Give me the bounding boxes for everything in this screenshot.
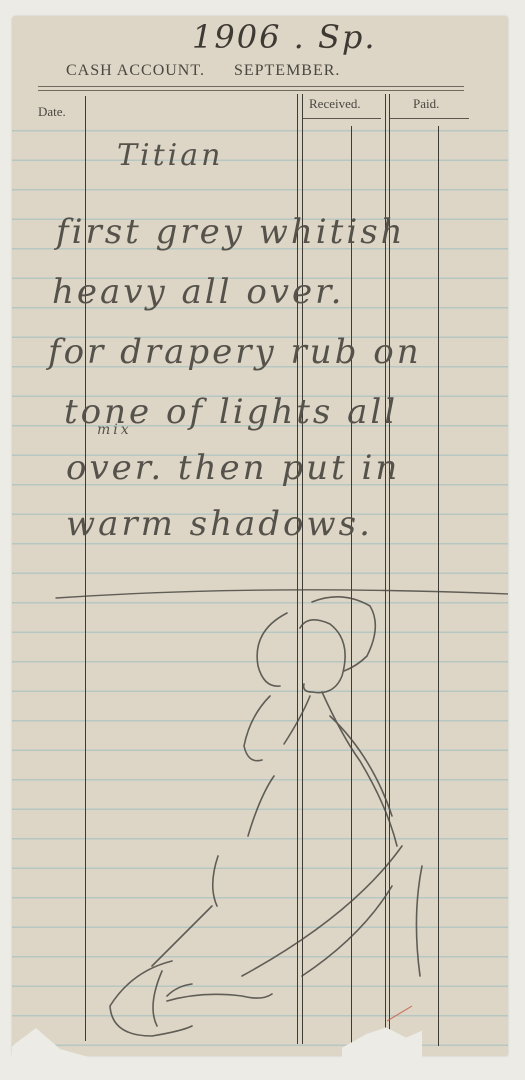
pencil-sketch (12, 16, 508, 1056)
ledger-sheet: 1906 . Sp. CASH ACCOUNT. SEPTEMBER. Date… (12, 16, 508, 1056)
